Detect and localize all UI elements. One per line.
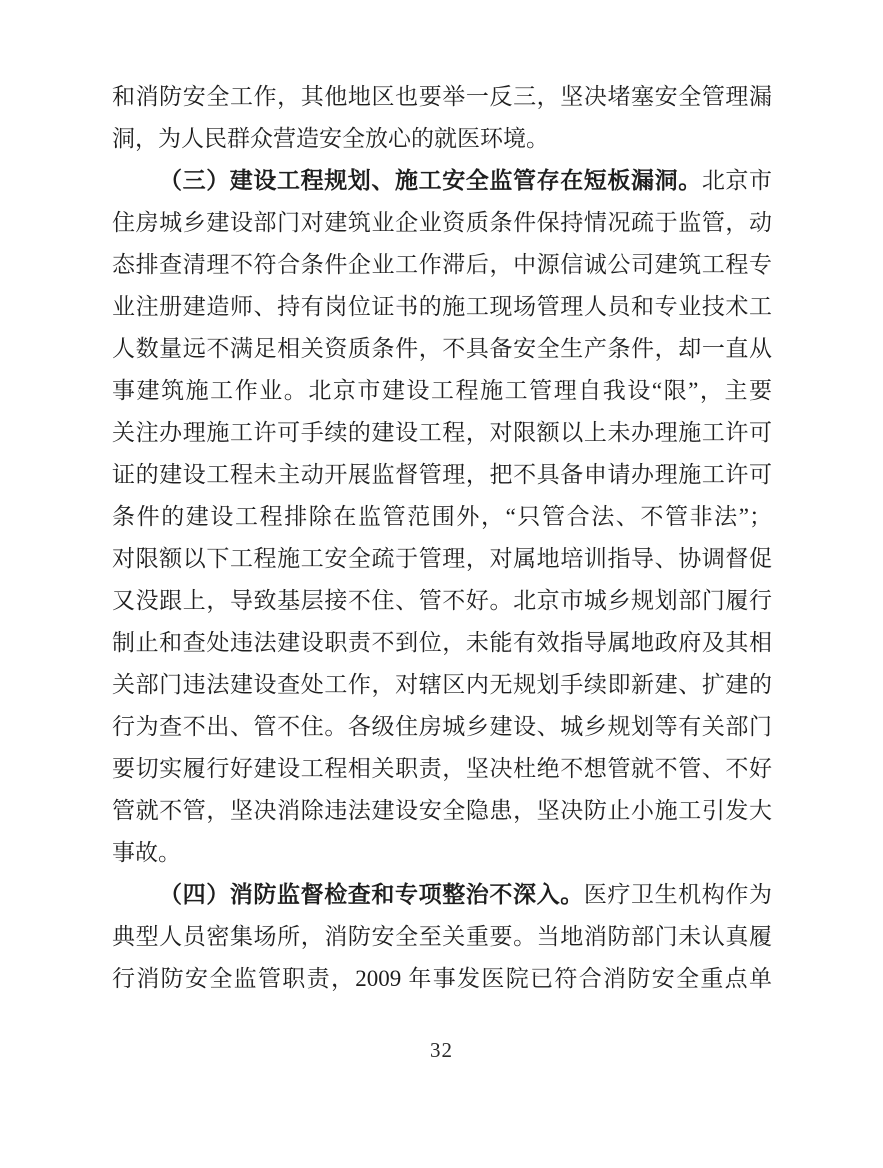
document-body: 和消防安全工作，其他地区也要举一反三，坚决堵塞安全管理漏洞，为人民群众营造安全放… <box>112 76 772 1000</box>
text-line: 行为查不出、管不住。各级住房城乡建设、城乡规划等有关部门 <box>112 706 772 748</box>
text-line: 管就不管，坚决消除违法建设安全隐患，坚决防止小施工引发大 <box>112 790 772 832</box>
text-line: （四）消防监督检查和专项整治不深入。医疗卫生机构作为 <box>112 874 772 916</box>
text-line: 态排查清理不符合条件企业工作滞后，中源信诚公司建筑工程专 <box>112 244 772 286</box>
page-number: 32 <box>0 1038 883 1063</box>
section-4-paragraph: （四）消防监督检查和专项整治不深入。医疗卫生机构作为典型人员密集场所，消防安全至… <box>112 874 772 1000</box>
section-3-paragraph: （三）建设工程规划、施工安全监管存在短板漏洞。北京市住房城乡建设部门对建筑业企业… <box>112 160 772 874</box>
text-line: 住房城乡建设部门对建筑业企业资质条件保持情况疏于监管，动 <box>112 202 772 244</box>
text-line: 关注办理施工许可手续的建设工程，对限额以上未办理施工许可 <box>112 412 772 454</box>
section-heading: （三）建设工程规划、施工安全监管存在短板漏洞。 <box>159 168 702 193</box>
text-line: 业注册建造师、持有岗位证书的施工现场管理人员和专业技术工 <box>112 286 772 328</box>
continuation-paragraph: 和消防安全工作，其他地区也要举一反三，坚决堵塞安全管理漏洞，为人民群众营造安全放… <box>112 76 772 160</box>
text-line: 要切实履行好建设工程相关职责，坚决杜绝不想管就不管、不好 <box>112 748 772 790</box>
text-line: 事建筑施工作业。北京市建设工程施工管理自我设“限”，主要 <box>112 370 772 412</box>
text-line: 又没跟上，导致基层接不住、管不好。北京市城乡规划部门履行 <box>112 580 772 622</box>
text-line: 证的建设工程未主动开展监督管理，把不具备申请办理施工许可 <box>112 454 772 496</box>
document-page: 和消防安全工作，其他地区也要举一反三，坚决堵塞安全管理漏洞，为人民群众营造安全放… <box>0 0 883 1168</box>
text-line: 条件的建设工程排除在监管范围外，“只管合法、不管非法”； <box>112 496 772 538</box>
text-line: 关部门违法建设查处工作，对辖区内无规划手续即新建、扩建的 <box>112 664 772 706</box>
text-line: 对限额以下工程施工安全疏于管理，对属地培训指导、协调督促 <box>112 538 772 580</box>
text-line: 典型人员密集场所，消防安全至关重要。当地消防部门未认真履 <box>112 916 772 958</box>
text-line: 行消防安全监管职责，2009 年事发医院已符合消防安全重点单 <box>112 958 772 1000</box>
text-line: 和消防安全工作，其他地区也要举一反三，坚决堵塞安全管理漏 <box>112 76 772 118</box>
text-line: 洞，为人民群众营造安全放心的就医环境。 <box>112 118 772 160</box>
text-line: 人数量远不满足相关资质条件，不具备安全生产条件，却一直从 <box>112 328 772 370</box>
text-line: 事故。 <box>112 832 772 874</box>
text-line: （三）建设工程规划、施工安全监管存在短板漏洞。北京市 <box>112 160 772 202</box>
text-line: 制止和查处违法建设职责不到位，未能有效指导属地政府及其相 <box>112 622 772 664</box>
section-heading: （四）消防监督检查和专项整治不深入。 <box>159 882 584 907</box>
